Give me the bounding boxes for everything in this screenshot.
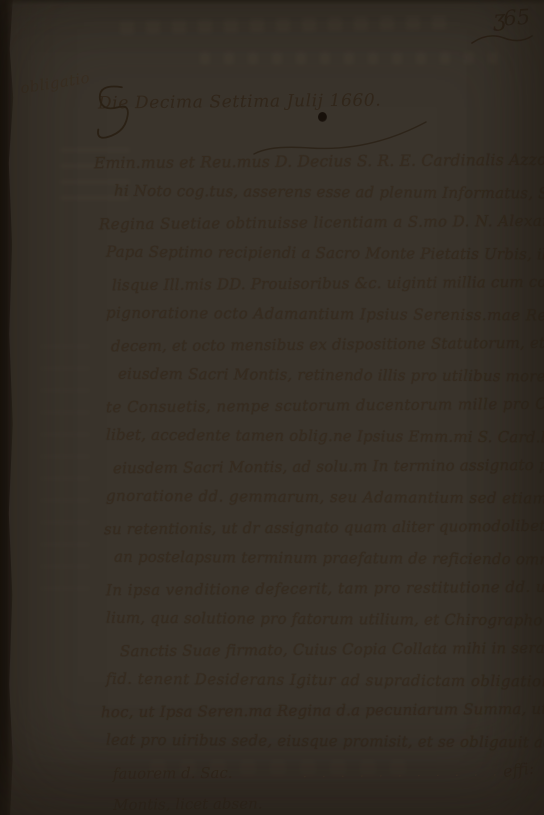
manuscript-line: fid. tenent Desiderans Igitur ad supradi…: [106, 663, 544, 696]
manuscript-line: eiusdem Sacri Montis, ad solu.m In termi…: [113, 450, 544, 484]
filler-dots: . . . . . . . . . . .: [303, 756, 503, 789]
manuscript-line: Sanctis Suae firmato, Cuius Copia Collat…: [120, 633, 544, 667]
manuscript-line: Papa Septimo recipiendi a Sacro Monte Pi…: [106, 236, 544, 269]
folio-number: ʒ65: [492, 5, 531, 33]
manuscript-line: te Consuetis, nempe scutorum ducentorum …: [106, 389, 544, 423]
catchword: effi:: [501, 753, 536, 787]
manuscript-photo: ʒ65 obligatio Die Decima Settima Julij 1…: [0, 0, 544, 815]
manuscript-lines: Emin.mus et Reu.mus D. Decius S. R. E. C…: [0, 146, 544, 815]
ink-blot: [318, 112, 327, 122]
margin-note: obligatio: [19, 69, 91, 98]
manuscript-line: gnoratione dd. gemmarum, seu Adamantium …: [106, 480, 544, 513]
date-line-text: Die Decima Settima Julij 1660.: [98, 91, 381, 114]
folio-underline-flourish: [470, 30, 534, 46]
manuscript-line: Emin.mus et Reu.mus D. Decius S. R. E. C…: [94, 145, 544, 179]
manuscript-line: In ipsa venditione defecerit, tam pro re…: [106, 572, 544, 606]
manuscript-line: pignoratione octo Adamantium Ipsius Sere…: [106, 297, 544, 330]
last-line-text: fauorem d. Sac. Montis, licet absen.: [113, 757, 290, 815]
date-line: Die Decima Settima Julij 1660.: [98, 91, 381, 114]
manuscript-line: an postelapsum terminum praefatum de ref…: [114, 541, 544, 574]
manuscript-line: Regina Suetiae obtinuisse licentiam a S.…: [99, 206, 544, 240]
manuscript-line: lium, qua solutione pro fatorum utilium,…: [106, 602, 544, 635]
manuscript-line: hi Noto cog.tus, asserens esse ad plenum…: [114, 175, 544, 208]
manuscript-last-line: fauorem d. Sac. Montis, licet absen.. . …: [113, 754, 535, 815]
manuscript-line: libet, accedente tamen oblig.ne Ipsius E…: [106, 419, 544, 452]
page-top-edge: [0, 0, 544, 5]
manuscript-line: eiusdem Sacri Montis, retinendo illis pr…: [118, 358, 544, 391]
manuscript-line: decem, et octo mensibus ex dispositione …: [111, 328, 544, 362]
manuscript-line: lisque Ill.mis DD. Prouisoribus &c. uigi…: [112, 267, 544, 301]
manuscript-line: hoc, ut Ipsa Seren.ma Regina d.a pecunia…: [101, 694, 544, 728]
manuscript-line: leat pro uiribus sede, eiusque promisit,…: [106, 724, 544, 757]
manuscript-line: su retentionis, ut dr assignato quam ali…: [104, 511, 544, 545]
folio-number-text: 65: [502, 5, 530, 31]
bleedthrough-marks: [120, 15, 450, 35]
bleedthrough-marks: [200, 52, 500, 64]
initial-flourish-icon: [92, 81, 135, 141]
